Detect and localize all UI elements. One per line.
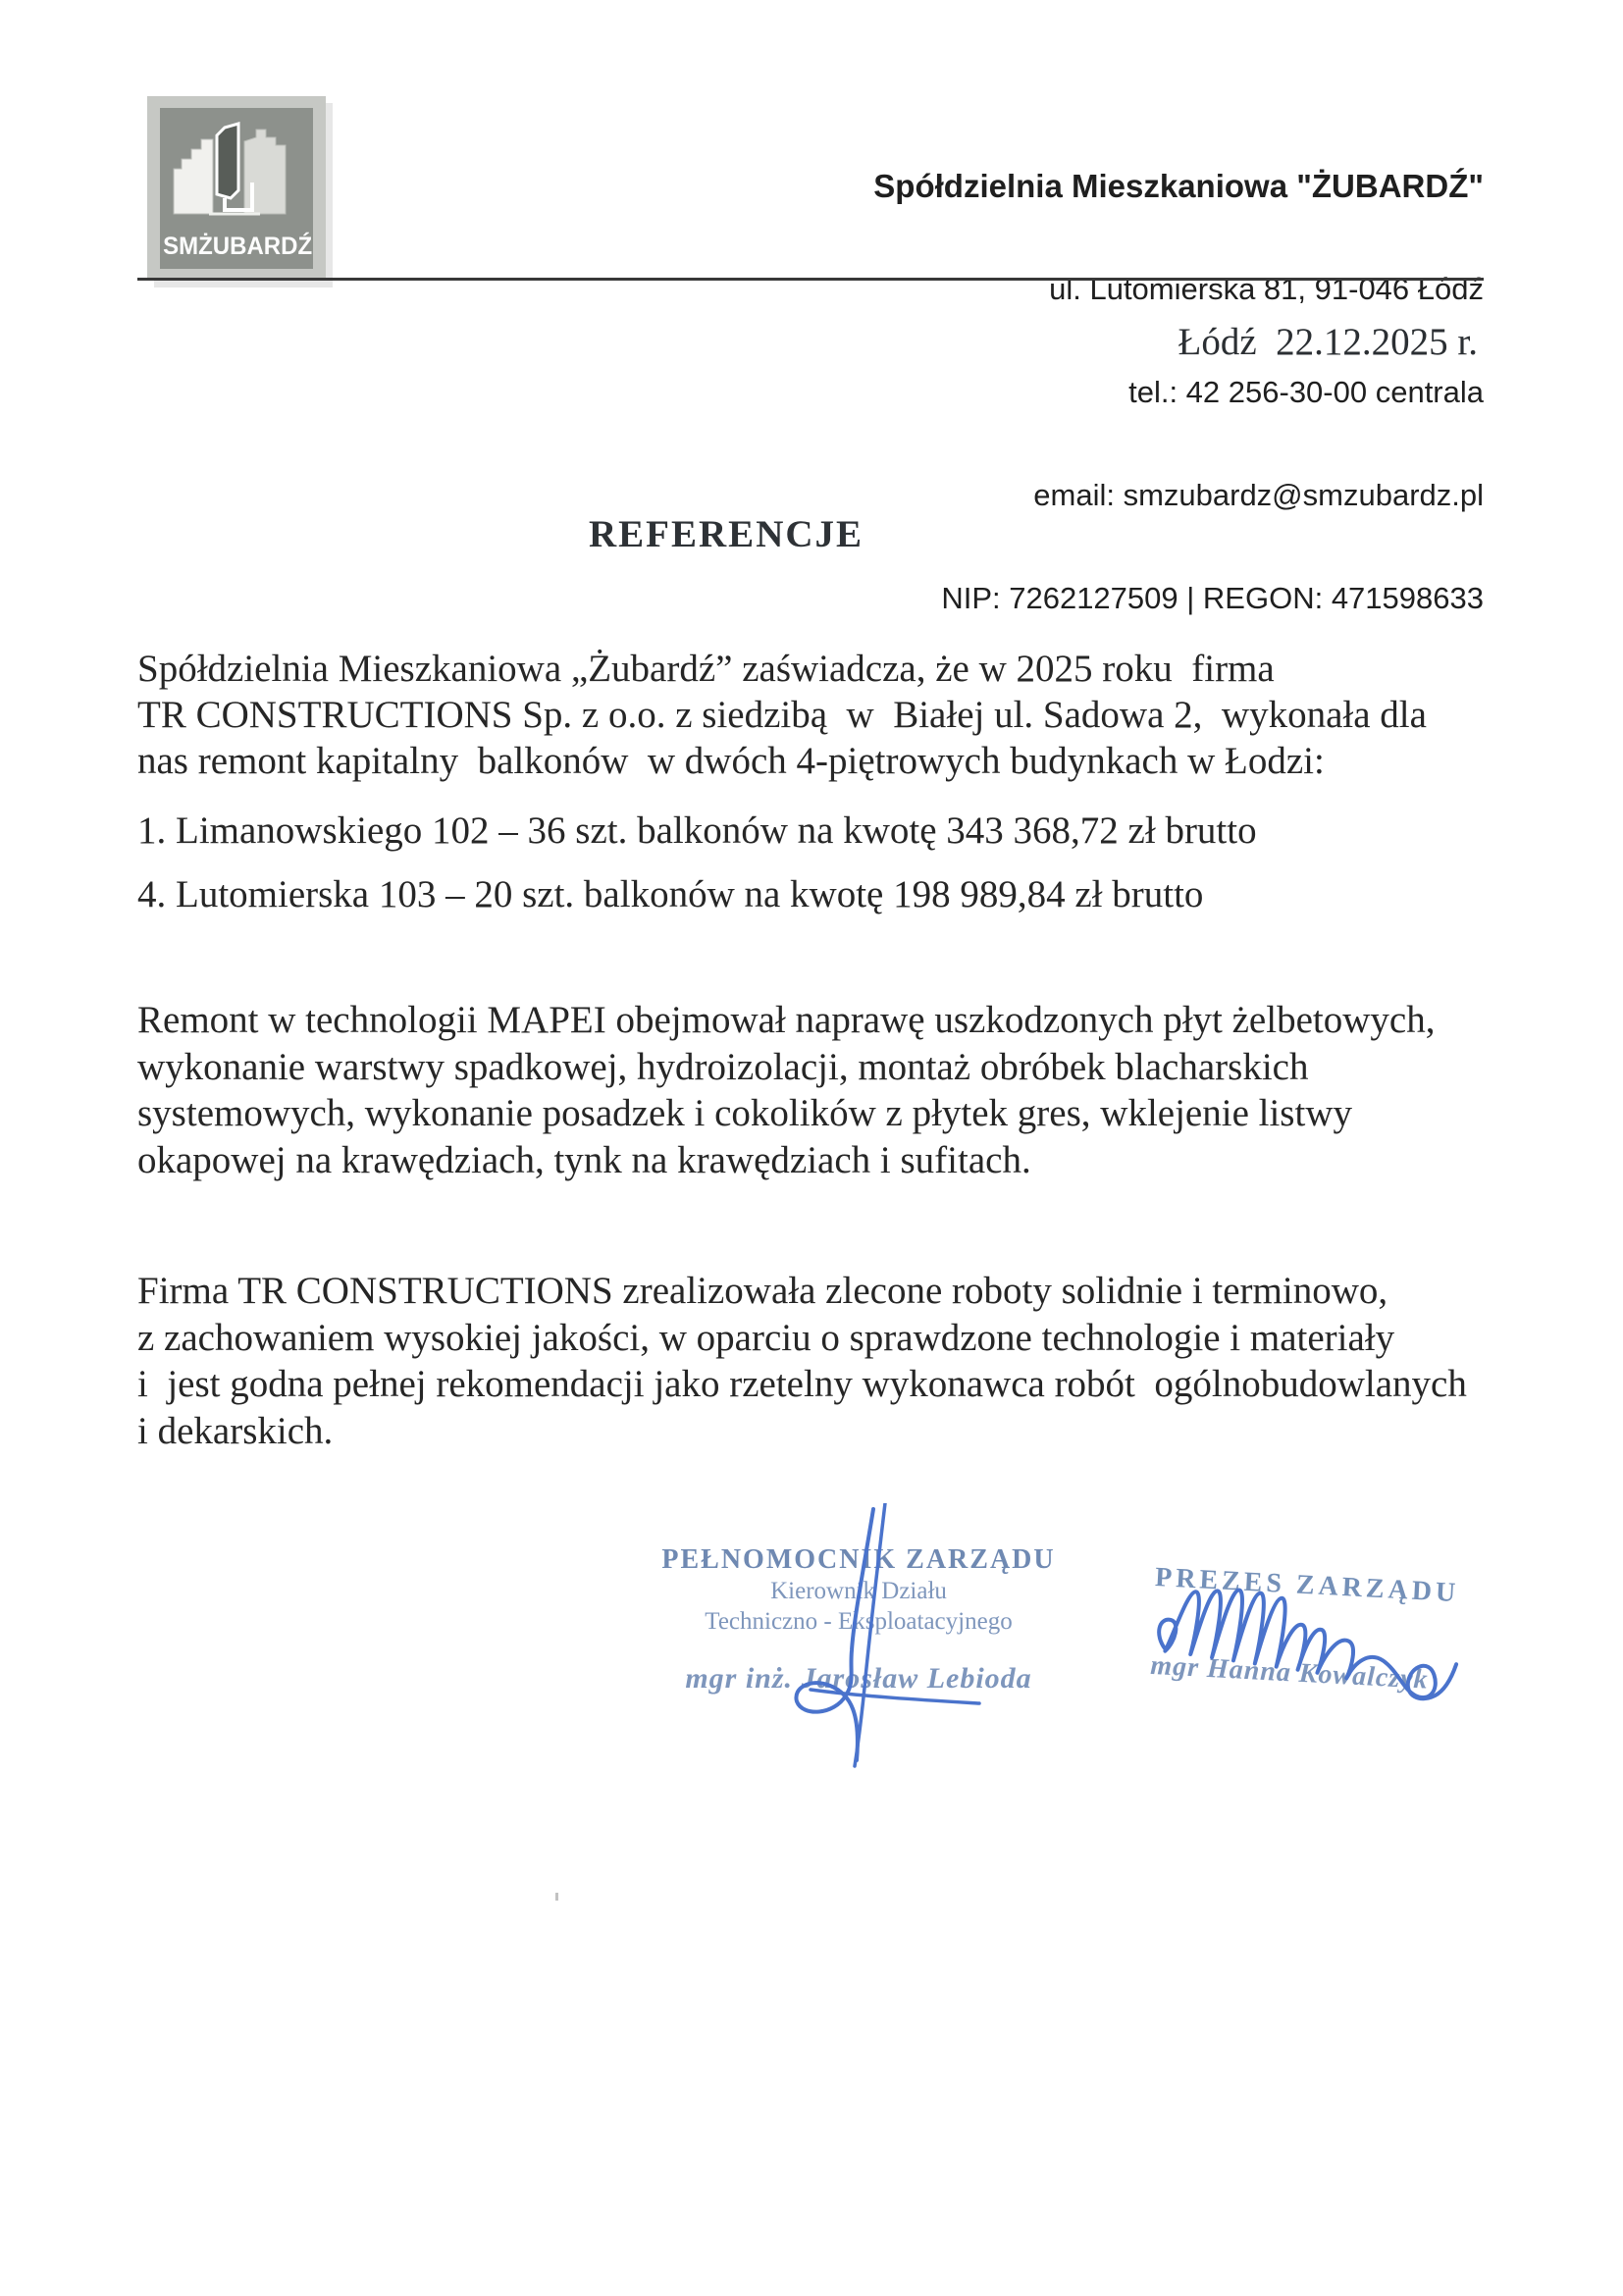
date-line: Łódź 22.12.2025 r. (1178, 320, 1478, 364)
text-line: Spółdzielnia Mieszkaniowa „Żubardź” zaśw… (137, 646, 1427, 692)
scope-paragraph: Remont w technologii MAPEI obejmował nap… (137, 997, 1435, 1183)
text-line: i dekarskich. (137, 1408, 1467, 1455)
text-line: i jest godna pełnej rekomendacji jako rz… (137, 1361, 1467, 1408)
signature-block-left: PEŁNOMOCNIK ZARZĄDU Kierownik Działu Tec… (628, 1544, 1089, 1696)
text-line: okapowej na krawędziach, tynk na krawędz… (137, 1137, 1435, 1184)
reference-letter-page: SMŻUBARDŹ Spółdzielnia Mieszkaniowa "ŻUB… (0, 0, 1623, 2296)
logo-wordmark: SMŻUBARDŹ (163, 233, 310, 261)
company-registry: NIP: 7262127509 | REGON: 471598633 (873, 581, 1484, 615)
signature-block-right: PREZES ZARZĄDU mgr Hanna Kowalczyk (1150, 1562, 1480, 1698)
signer-name-right: mgr Hanna Kowalczyk (1150, 1650, 1475, 1698)
conclusion-paragraph: Firma TR CONSTRUCTIONS zrealizowała zlec… (137, 1268, 1467, 1454)
text-line: systemowych, wykonanie posadzek i cokoli… (137, 1090, 1435, 1137)
text-line: wykonanie warstwy spadkowej, hydroizolac… (137, 1044, 1435, 1091)
stamp-title-right: PREZES ZARZĄDU (1154, 1562, 1479, 1610)
scan-artifact (555, 1893, 558, 1901)
list-item: 4. Lutomierska 103 – 20 szt. balkonów na… (137, 872, 1203, 916)
stamp-subtitle: Techniczno - Eksploatacyjnego (628, 1606, 1089, 1637)
page-title: REFERENCJE (589, 512, 864, 556)
signer-name-left: mgr inż. Jarosław Lebioda (628, 1662, 1089, 1696)
text-line: TR CONSTRUCTIONS Sp. z o.o. z siedzibą w… (137, 692, 1427, 738)
stamp-title-left: PEŁNOMOCNIK ZARZĄDU (628, 1544, 1089, 1576)
header-divider (137, 278, 1484, 281)
list-item: 1. Limanowskiego 102 – 36 szt. balkonów … (137, 809, 1257, 853)
company-name: Spółdzielnia Mieszkaniowa "ŻUBARDŹ" (873, 169, 1484, 203)
text-line: Firma TR CONSTRUCTIONS zrealizowała zlec… (137, 1268, 1467, 1315)
company-logo: SMŻUBARDŹ (147, 96, 326, 281)
company-email: email: smzubardz@smzubardz.pl (873, 478, 1484, 512)
intro-paragraph: Spółdzielnia Mieszkaniowa „Żubardź” zaśw… (137, 646, 1427, 784)
text-line: nas remont kapitalny balkonów w dwóch 4-… (137, 738, 1427, 784)
company-info-block: Spółdzielnia Mieszkaniowa "ŻUBARDŹ" ul. … (873, 100, 1484, 684)
stamp-subtitle: Kierownik Działu (628, 1576, 1089, 1606)
text-line: z zachowaniem wysokiej jakości, w oparci… (137, 1315, 1467, 1362)
text-line: Remont w technologii MAPEI obejmował nap… (137, 997, 1435, 1044)
logo-building-icon: SMŻUBARDŹ (160, 108, 313, 269)
company-phone: tel.: 42 256-30-00 centrala (873, 375, 1484, 409)
